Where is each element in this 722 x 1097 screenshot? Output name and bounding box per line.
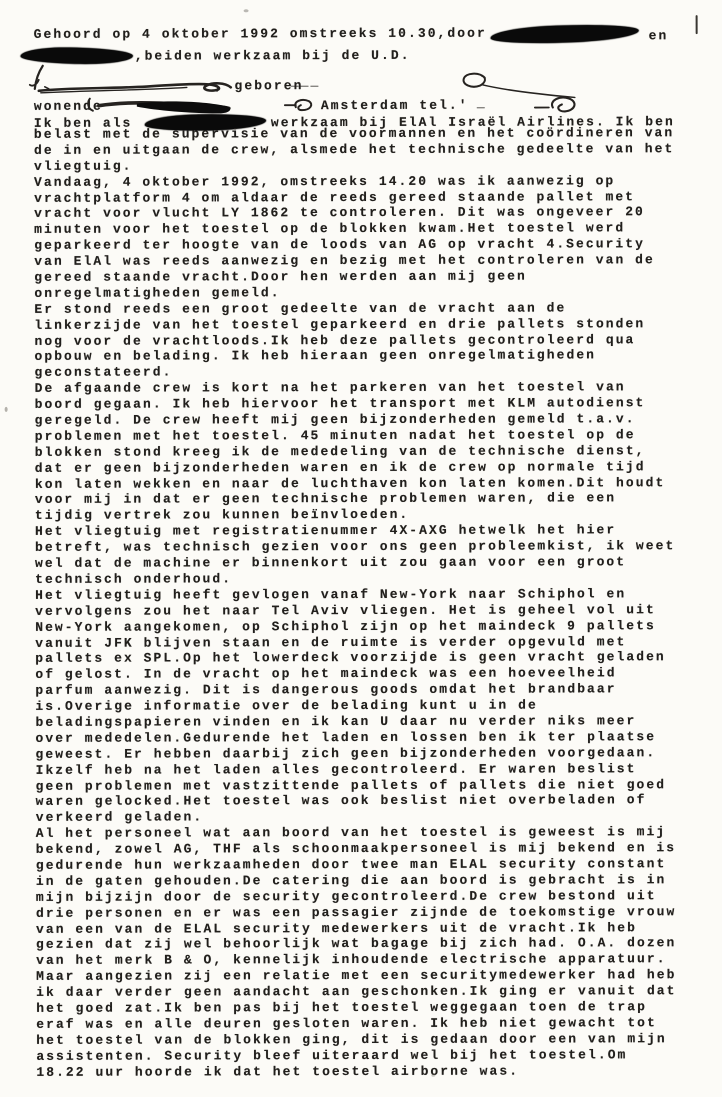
statement-line: eraf was en alle deuren gesloten waren. …: [36, 1015, 706, 1033]
statement-line: gezien dat zij wel behoorlijk wat bagage…: [36, 936, 706, 954]
statement-line: of gelost. In de vracht op het maindeck …: [35, 665, 705, 683]
statement-line: dat er geen bijzonderheden waren en ik d…: [35, 459, 705, 477]
redaction-bar-name: [21, 47, 133, 65]
paraph-mark-small-icon: [283, 96, 317, 114]
statement-line: technisch onderhoud.: [35, 570, 705, 588]
phone-blank-field: _: [477, 96, 487, 112]
scan-speck: [244, 9, 249, 12]
statement-line: geregeld. De crew heeft mij geen bijzond…: [35, 411, 705, 429]
statement-line: betreft, was technisch gezien voor ons g…: [35, 538, 705, 556]
statement-body: belast met de supervisie van de voormann…: [34, 125, 706, 1080]
statement-line: is.Overige informatie over de belading k…: [35, 697, 705, 715]
statement-line: De afgaande crew is kort na het parkeren…: [35, 379, 705, 397]
statement-line: de in en uitgaan de crew, alsmede het te…: [34, 141, 704, 159]
statement-line: New-York aangekomen, op Schiphol zijn op…: [35, 618, 705, 636]
statement-line: verkeerd geladen.: [36, 808, 706, 826]
city-phone-line: Amsterdam tel.': [321, 98, 469, 114]
hearing-date-line-end: en: [649, 28, 669, 44]
statement-line: Het vliegtuig heeft gevlogen vanaf New-Y…: [35, 586, 705, 604]
statement-line: Het vliegtuig met registratienummer 4X-A…: [35, 522, 705, 540]
statement-line: mijn bijzijn door de security gecontrole…: [36, 888, 706, 906]
statement-line: gedurende hun werkzaamheden door twee ma…: [36, 856, 706, 874]
statement-line: het goed zat.Ik ben pas bij het toestel …: [36, 999, 706, 1017]
statement-line: bekend, zowel AG, THF als schoonmaakpers…: [36, 840, 706, 858]
scan-speck: [431, 1074, 435, 1077]
statement-line: onregelmatigheden gemeld.: [34, 284, 704, 302]
statement-line: pallets ex SPL.Op het lowerdeck voorzijd…: [35, 649, 705, 667]
statement-line: Ikzelf heb na het laden alles gecontrole…: [36, 761, 706, 779]
statement-line: over mededelen.Gedurende het laden en lo…: [35, 729, 705, 747]
statement-line: nog voor de vrachtloods.Ik heb deze pall…: [34, 332, 704, 350]
statement-line: blokken stond kreeg ik de mededeling van…: [35, 443, 705, 461]
statement-line: vervolgens zou het naar Tel Aviv vliegen…: [35, 602, 705, 620]
statement-line: Maar aangezien zij een relatie met een s…: [36, 967, 706, 985]
statement-line: 18.22 uur hoorde ik dat het toestel airb…: [36, 1063, 706, 1081]
statement-line: kon laten wekken en naar de luchthaven k…: [35, 475, 705, 493]
statement-line: vracht voor vlucht LY 1862 te controlere…: [34, 205, 704, 223]
statement-line: in de gaten gehouden.De catering die aan…: [36, 872, 706, 890]
scan-speck: [5, 407, 8, 412]
interviewers-employer-line: ,beiden werkzaam bij de U.D.: [135, 48, 411, 65]
statement-line: waren gelocked.Het toestel was ook besli…: [36, 793, 706, 811]
hearing-date-line: Gehoord op 4 oktober 1992 omstreeks 10.3…: [34, 26, 487, 43]
statement-line: geconstateerd.: [35, 363, 705, 381]
statement-line: parfum aanwezig. Dit is dangerous goods …: [35, 681, 705, 699]
statement-line: vanuit JFK blijven staan en de ruimte is…: [35, 634, 705, 652]
statement-line: tijdig vertrek zou kunnen beïnvloeden.: [35, 506, 705, 524]
scan-content: Gehoord op 4 oktober 1992 omstreeks 10.3…: [0, 0, 722, 1097]
statement-line: het toestel van de blokken ging, dit is …: [36, 1031, 706, 1049]
statement-line: van het merk B & O, kennelijk inhoudende…: [36, 951, 706, 969]
scanned-statement-page: Gehoord op 4 oktober 1992 omstreeks 10.3…: [0, 0, 722, 1097]
statement-line: linkerzijde van het toestel geparkeerd e…: [34, 316, 704, 334]
statement-line: geweest. Er hebben daarbij zich geen bij…: [36, 745, 706, 763]
statement-line: boord gegaan. Ik heb hiervoor het transp…: [35, 395, 705, 413]
statement-line: problemen met het toestel. 45 minuten na…: [35, 427, 705, 445]
statement-line: van een van de ELAL security medewerkers…: [36, 920, 706, 938]
scan-edge-tick: [696, 15, 698, 34]
statement-line: Er stond reeds een groot gedeelte van de…: [34, 300, 704, 318]
statement-line: geparkeerd ter hoogte van de loods van A…: [34, 236, 704, 254]
statement-line: ik daar verder geen aandacht aan geschon…: [36, 983, 706, 1001]
statement-line: beladingspapieren vinden en ik kan U daa…: [35, 713, 705, 731]
statement-line: wel dat de machine er binnenkort uit zou…: [35, 554, 705, 572]
geboren-blank-field: ___: [291, 74, 321, 90]
statement-line: assistenten. Security bleef uiteraard we…: [36, 1047, 706, 1065]
statement-line: gereed staande vracht.Door hen werden aa…: [34, 268, 704, 286]
statement-line: geen problemen met vastzittende pallets …: [36, 777, 706, 795]
redaction-bar-interviewers: [490, 23, 639, 46]
statement-line: vrachtplatform 4 om aldaar de reeds gere…: [34, 189, 704, 207]
statement-line: voor mij in dat er geen technische probl…: [35, 491, 705, 509]
statement-line: opbouw en belading. Ik heb hieraan geen …: [34, 348, 704, 366]
statement-line: vliegtuig.: [34, 157, 704, 175]
statement-line: belast met de supervisie van de voormann…: [34, 125, 704, 143]
statement-line: van ElAl was reeds aanwezig en bezig met…: [34, 252, 704, 270]
statement-line: drie personen en er was een passagier zi…: [36, 904, 706, 922]
statement-line: Vandaag, 4 oktober 1992, omstreeks 14.20…: [34, 173, 704, 191]
statement-line: Al het personeel wat aan boord van het t…: [36, 824, 706, 842]
statement-line: minuten voor het toestel op de blokken k…: [34, 220, 704, 238]
